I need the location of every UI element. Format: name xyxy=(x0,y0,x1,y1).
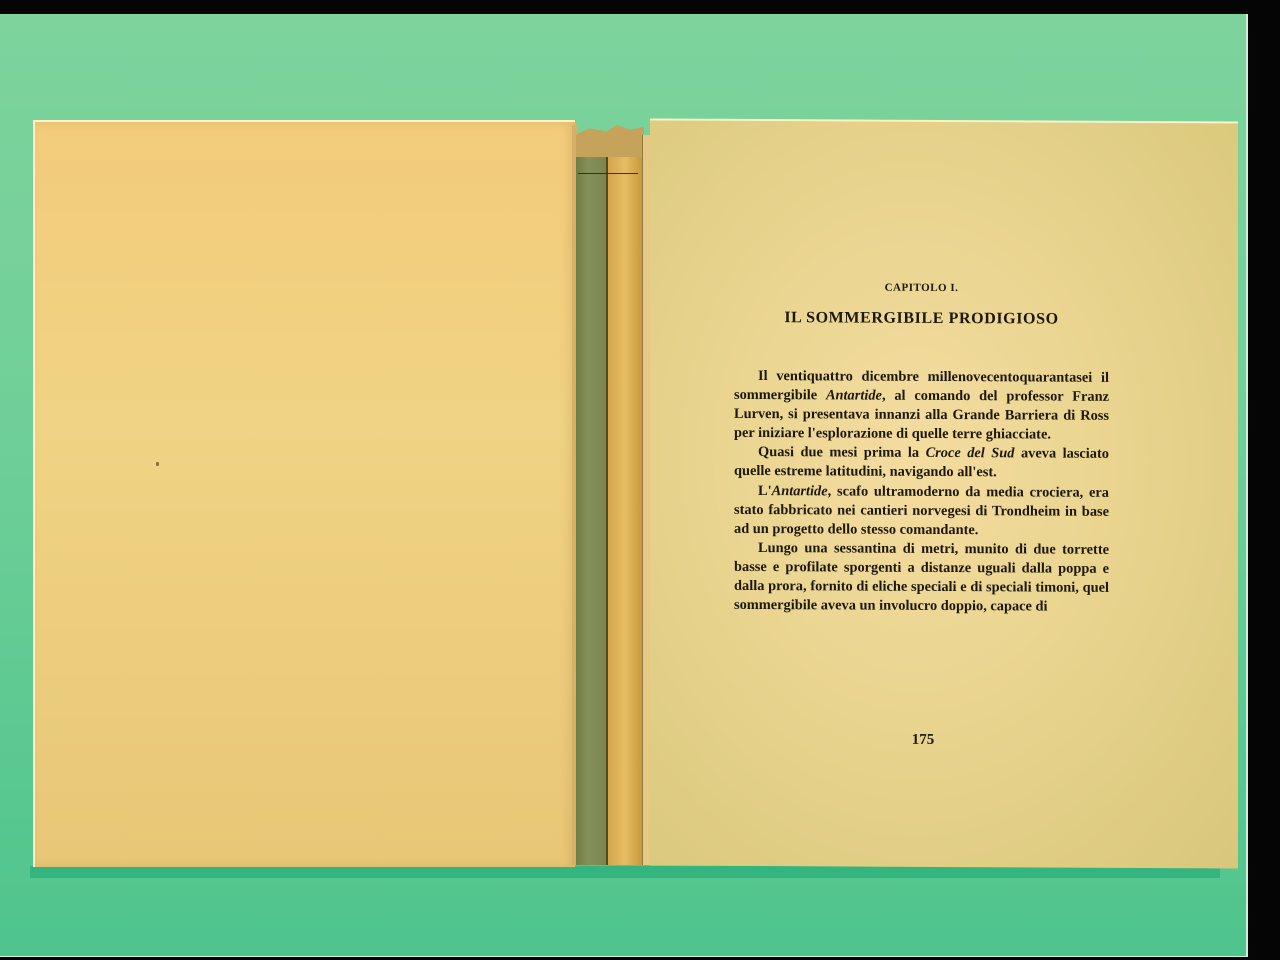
paper-speck xyxy=(156,462,159,466)
paragraph: Il ventiquattro dicembre millenovecentoq… xyxy=(734,367,1109,445)
binding-thread xyxy=(578,173,638,174)
page-number: 175 xyxy=(898,732,948,749)
spine-cloth xyxy=(576,153,608,865)
paragraph-text: L' xyxy=(758,483,772,499)
right-page: CAPITOLO I. IL SOMMERGIBILE PRODIGIOSO I… xyxy=(650,118,1238,868)
italic-ship-name: Antartide xyxy=(772,483,828,499)
paragraph: Quasi due mesi prima la Croce del Sud av… xyxy=(734,443,1109,483)
spine-torn-top xyxy=(576,125,644,157)
paragraph-text: Quasi due mesi prima la xyxy=(758,444,926,461)
body-text: Il ventiquattro dicembre millenovecentoq… xyxy=(734,367,1109,617)
paragraph: Lungo una sessantina di metri, munito di… xyxy=(734,539,1109,617)
paragraph: L'Antartide, scafo ultramoderno da media… xyxy=(734,481,1109,540)
book-spine xyxy=(572,125,652,865)
italic-ship-name: Antartide xyxy=(826,387,882,403)
chapter-label: CAPITOLO I. xyxy=(734,281,1109,295)
spine-glue-strip xyxy=(608,145,642,865)
chapter-text-block: CAPITOLO I. IL SOMMERGIBILE PRODIGIOSO I… xyxy=(734,281,1109,617)
left-page-blank xyxy=(33,120,575,867)
chapter-title: IL SOMMERGIBILE PRODIGIOSO xyxy=(734,309,1109,329)
book-shadow xyxy=(30,866,1220,878)
italic-ship-name: Croce del Sud xyxy=(926,445,1015,461)
paragraph-text: Lungo una sessantina di metri, munito di… xyxy=(734,540,1109,615)
